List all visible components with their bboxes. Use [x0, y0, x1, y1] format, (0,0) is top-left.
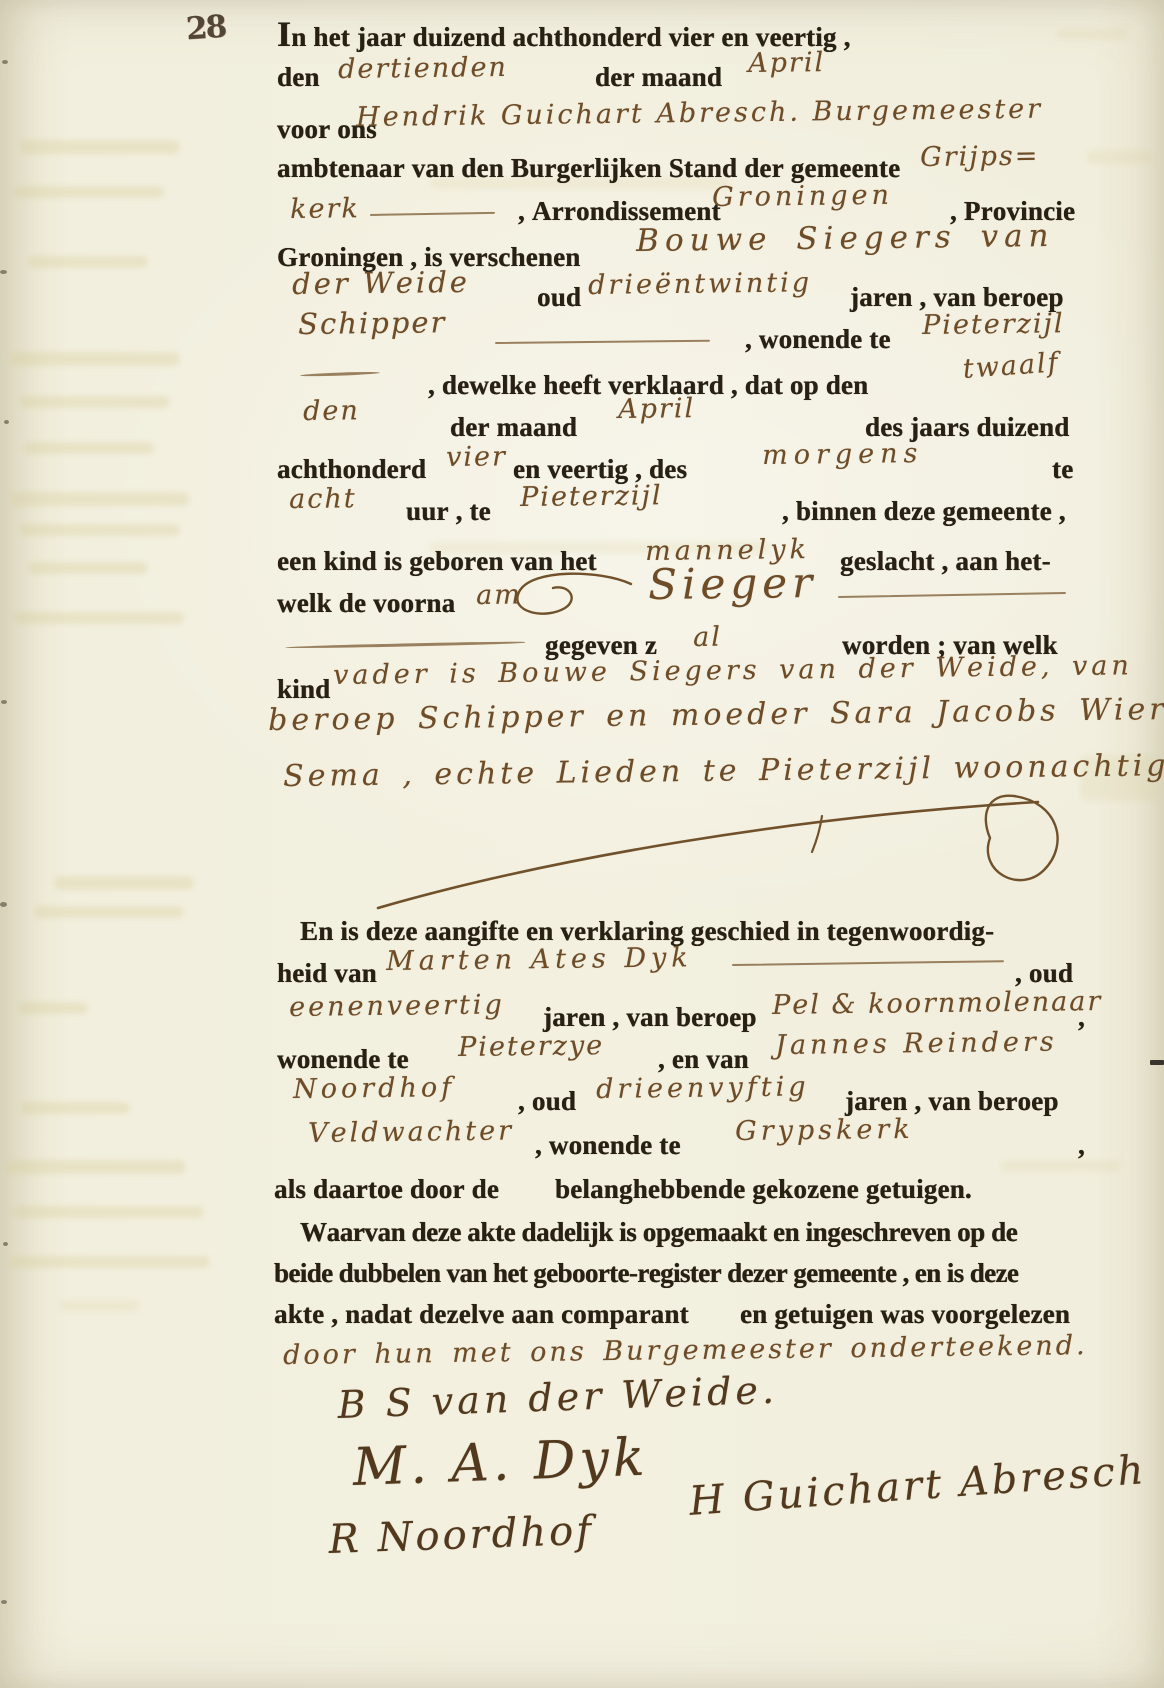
entry-declarant-woonplaats: Pieterzijl [922, 310, 1065, 339]
ink-rule [838, 592, 1066, 598]
scan-speck [1, 1600, 7, 1604]
entry-daypart: morgens [762, 440, 924, 469]
entry-getuige1-woonplaats: Pieterzye [458, 1032, 604, 1061]
printed-en-van: , en van [658, 1046, 749, 1073]
printed-welk-voorna: welk de voorna [277, 590, 455, 617]
entry-getuige2-woonplaats: Grypskerk [735, 1116, 914, 1145]
ink-rule [300, 371, 380, 377]
printed-belanghebbende: belanghebbende gekozene getuigen. [555, 1176, 972, 1203]
bleed-through-mark [1086, 150, 1152, 164]
flourish-swash [370, 786, 1115, 926]
printed-en-veertig: en veertig , des [513, 456, 687, 483]
printed-den: den [277, 64, 320, 91]
entry-getuige2-naam-1: Jannes Reinders [775, 1029, 1058, 1059]
signature-witness1: M. A. Dyk [352, 1432, 649, 1494]
printed-wonende-te-1: , wonende te [745, 326, 891, 353]
entry-getuige1-leeftijd: eenenveertig [289, 991, 505, 1021]
entry-birthplace: Pieterzijl [520, 482, 663, 511]
printed-akte-nadat: akte , nadat dezelve aan comparant [274, 1301, 689, 1328]
bleed-through-mark [10, 352, 180, 366]
printed-jaren-beroep-2: jaren , van beroep [543, 1004, 757, 1031]
bleed-through-mark [28, 562, 148, 574]
entry-vader: vader is Bouwe Siegers van der Weide, va… [333, 652, 1133, 689]
entry-declarant-age: drieëntwintig [588, 269, 812, 299]
printed-gegeven-z: gegeven z [545, 632, 657, 659]
entry-birth-month: April [618, 395, 695, 423]
printed-comma-2: , [1078, 1132, 1085, 1159]
entry-moeder-1: beroep Schipper en moeder Sara Jacobs Wi… [268, 695, 1164, 736]
entry-declarant-beroep: Schipper [298, 308, 447, 339]
bleed-through-mark [20, 524, 180, 536]
bleed-through-mark [10, 492, 190, 506]
entry-getuige2-beroep: Veldwachter [308, 1117, 514, 1147]
bleed-through-mark [18, 1002, 88, 1014]
entry-month: April [748, 49, 825, 77]
entry-gemeente-1: Grijps= [920, 143, 1040, 171]
bleed-through-mark [10, 1256, 210, 1268]
printed-te: te [1052, 456, 1073, 483]
entry-getuige1-beroep: Pel & koornmolenaar [772, 988, 1102, 1019]
bleed-through-mark [14, 1206, 204, 1218]
bleed-through-mark [34, 906, 184, 918]
entry-arrondissement: Groningen [712, 182, 893, 211]
printed-comma-1: , [1078, 1004, 1085, 1031]
birth-certificate-page: 28 In het jaar duizend achthonderd vier … [0, 0, 1164, 1688]
scan-speck [4, 420, 9, 424]
printed-der-maand: der maand [595, 64, 722, 91]
entry-al: al [693, 624, 722, 651]
bleed-through-mark [14, 186, 164, 198]
scan-speck [2, 60, 8, 64]
edge-mark [1150, 1060, 1164, 1065]
printed-binnen-gemeente: , binnen deze gemeente , [782, 498, 1066, 525]
printed-jaren-beroep-3: jaren , van beroep [845, 1088, 1059, 1115]
printed-voorgelezen: en getuigen was voorgelezen [740, 1301, 1070, 1328]
flourish-spiral [505, 568, 635, 620]
printed-waarvan: Waarvan deze akte dadelijk is opgemaakt … [300, 1219, 1017, 1246]
entry-getuige2-leeftijd: drieenvyftig [596, 1073, 810, 1103]
entry-hour: acht [289, 485, 357, 513]
printed-der-maand-2: der maand [450, 414, 577, 441]
entry-birthday-1: twaalf [962, 349, 1060, 383]
printed-opening: In het jaar duizend achthonderd vier en … [277, 20, 851, 51]
printed-als-daartoe: als daartoe door de [274, 1176, 499, 1203]
entry-official-name: Hendrik Guichart Abresch. Burgemeester [356, 96, 1043, 131]
bleed-through-mark [1056, 28, 1128, 40]
signature-witness2: R Noordhof [328, 1511, 595, 1560]
printed-des-jaars: des jaars duizend [865, 414, 1069, 441]
printed-wonende-te-3: , wonende te [535, 1132, 681, 1159]
bleed-through-mark [20, 1102, 130, 1114]
printed-beide-dubbelen: beide dubbelen van het geboorte-register… [274, 1260, 1018, 1287]
entry-child-name: Sieger [648, 562, 817, 606]
printed-ambtenaar: ambtenaar van den Burgerlijken Stand der… [277, 155, 900, 182]
printed-heid-van: heid van [277, 960, 377, 987]
signature-declarant: B S van der Weide. [337, 1371, 779, 1424]
printed-wonende-te-2: wonende te [277, 1046, 409, 1073]
entry-birthday-2: den [303, 397, 360, 425]
bleed-through-mark [6, 1160, 186, 1174]
scan-speck [0, 270, 7, 274]
signature-burgemeester: H Guichart Abresch [688, 1450, 1148, 1522]
printed-oud: oud [537, 284, 581, 311]
printed-oud-2: , oud [1015, 960, 1073, 987]
entry-getuige1-naam: Marten Ates Dyk [386, 944, 693, 975]
entry-getuige2-naam-2: Noordhof [293, 1074, 455, 1103]
printed-oud-3: , oud [518, 1088, 576, 1115]
ink-rule [370, 212, 495, 216]
ink-rule [732, 960, 1004, 965]
bleed-through-mark [54, 876, 194, 890]
entry-onderteekend: door hun met ons Burgemeester onderteeke… [283, 1332, 1088, 1369]
bleed-through-mark [60, 1300, 140, 1312]
entry-declarant-2: der Weide [292, 268, 470, 299]
scan-speck [1, 700, 7, 704]
entry-year-word: vier [446, 443, 507, 471]
printed-achthonderd: achthonderd [277, 456, 426, 483]
entry-gemeente-2: kerk [290, 195, 360, 223]
ink-rule [285, 641, 525, 649]
printed-arrondissement: , Arrondissement [518, 198, 721, 225]
bleed-through-mark [1000, 1160, 1120, 1172]
ink-rule [495, 340, 710, 344]
printed-jaren-beroep-1: jaren , van beroep [850, 284, 1064, 311]
printed-uur-te: uur , te [406, 498, 491, 525]
bleed-through-mark [24, 442, 154, 454]
bleed-through-mark [28, 256, 148, 268]
bleed-through-mark [20, 396, 170, 408]
scan-speck [0, 902, 7, 907]
printed-kind: kind [277, 676, 330, 703]
entry-declarant-1: Bouwe Siegers van [636, 221, 1055, 257]
printed-geslacht: geslacht , aan het- [840, 548, 1051, 575]
act-number: 28 [185, 9, 227, 48]
entry-day: dertienden [338, 54, 508, 83]
bleed-through-mark [20, 140, 180, 154]
bleed-through-mark [14, 612, 184, 624]
scan-speck [3, 1242, 8, 1246]
